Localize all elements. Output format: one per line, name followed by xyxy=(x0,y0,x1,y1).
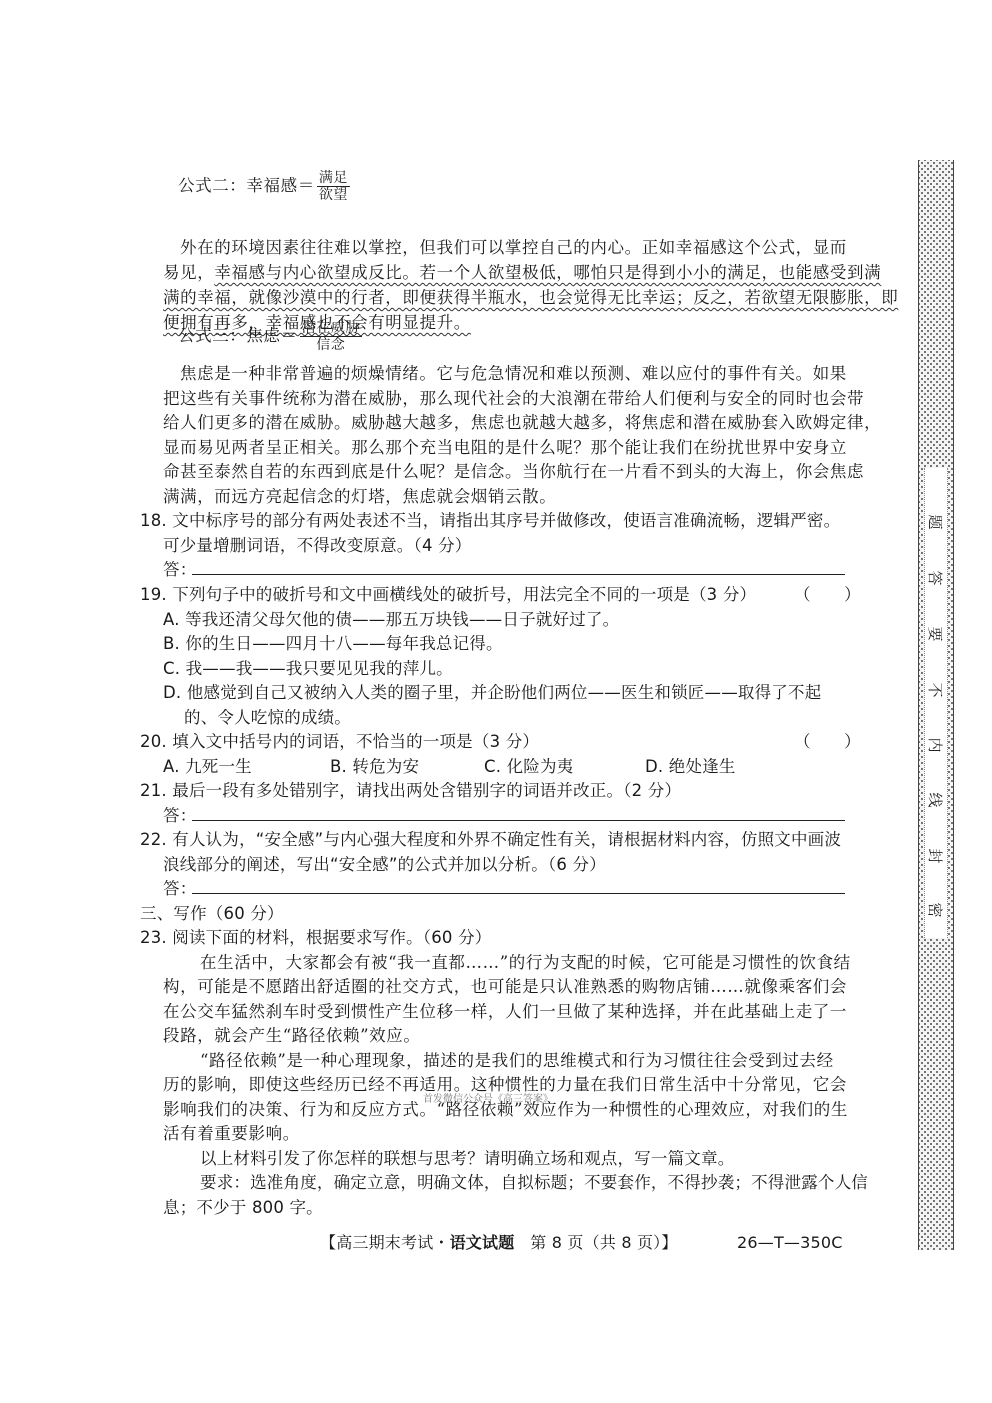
q22-answer-label: 答： xyxy=(163,877,196,901)
q23-stem: 23. 阅读下面的材料，根据要求写作。（60 分） xyxy=(140,926,491,950)
q21-stem: 21. 最后一段有多处错别字，请找出两处含错别字的词语并改正。（2 分） xyxy=(140,779,681,803)
requirement-line-1: 要求：选准角度，确定立意，明确文体，自拟标题；不要套作，不得抄袭；不得泄露个人信 xyxy=(200,1171,868,1195)
para-happiness-line-1: 外在的环境因素往往难以掌控，但我们可以掌控自己的内心。正如幸福感这个公式，显而 xyxy=(180,236,847,260)
seal-char-8: 密 xyxy=(925,900,945,920)
q18-stem-line-1: 18. 文中标序号的部分有两处表述不当，请指出其序号并做修改，使语言准确流畅，逻… xyxy=(140,509,840,533)
q18-answer-label: 答： xyxy=(163,558,196,582)
material-line-7: 影响我们的决策、行为和反应方式。“路径依赖”效应作为一种惯性的心理效应，对我们的… xyxy=(163,1098,848,1122)
para-anxiety-line-2: 把这些有关事件统称为潜在威胁，那么现代社会的大浪潮在带给人们便利与安全的同时也会… xyxy=(163,387,864,411)
q19-option-d: D. 他感觉到自己又被纳入人类的圈子里，并企盼他们两位——医生和锁匠——取得了不… xyxy=(163,681,821,705)
formula-2-label: 公式二：幸福感＝ xyxy=(178,176,315,195)
footer-code: 26—T—350C xyxy=(737,1232,843,1254)
para-anxiety-line-1: 焦虑是一种非常普遍的烦燥情绪。它与危急情况和难以预测、难以应付的事件有关。如果 xyxy=(180,362,847,386)
seal-strip-text-area xyxy=(924,468,948,938)
formula-3-label: 公式三：焦虑＝ xyxy=(178,326,298,345)
material-line-3: 在公交车猛然刹车时受到惯性产生位移一样，人们一旦做了某种选择，并在此基础上走了一 xyxy=(163,1000,847,1024)
q19-option-b: B. 你的生日——四月十八——每年我总记得。 xyxy=(163,632,503,656)
q20-option-a: A. 九死一生 xyxy=(163,755,252,779)
formula-3: 公式三：焦虑＝潜在威胁信念 xyxy=(178,320,362,353)
seal-char-5: 内 xyxy=(925,735,945,755)
q20-option-b: B. 转危为安 xyxy=(330,755,419,779)
seal-char-6: 线 xyxy=(925,790,945,810)
para-anxiety-line-4: 显而易见两者呈正相关。那么那个充当电阻的是什么呢？那个能让我们在纷扰世界中安身立 xyxy=(163,436,847,460)
seal-char-1: 题 xyxy=(925,512,945,532)
material-line-4: 段路，就会产生“路径依赖”效应。 xyxy=(163,1024,420,1048)
q19-answer-bracket[interactable]: （ ） xyxy=(794,583,861,607)
seal-char-2: 答 xyxy=(925,568,945,588)
para-happiness-line-3: 满的幸福，就像沙漠中的行者，即便获得半瓶水，也会觉得无比幸运；反之，若欲望无限膨… xyxy=(163,286,898,310)
q19-option-d-cont: 的、令人吃惊的成绩。 xyxy=(184,706,351,730)
formula-2: 公式二：幸福感＝满足欲望 xyxy=(178,170,350,203)
q20-option-c: C. 化险为夷 xyxy=(484,755,573,779)
footer-subject: 语文试题 xyxy=(450,1233,515,1252)
q20-stem: 20. 填入文中括号内的词语，不恰当的一项是（3 分） xyxy=(140,730,539,754)
q22-answer-line[interactable] xyxy=(192,893,845,894)
material-line-8: 活有着重要影响。 xyxy=(163,1122,300,1146)
q19-option-c: C. 我——我——我只要见见我的萍儿。 xyxy=(163,657,453,681)
q18-stem-line-2: 可少量增删词语，不得改变原意。（4 分） xyxy=(163,534,472,558)
q19-option-a: A. 等我还清父母欠他的债——那五万块钱——日子就好过了。 xyxy=(163,608,619,632)
footer-prefix: 【高三期末考试・ xyxy=(320,1233,450,1252)
q18-answer-line[interactable] xyxy=(192,574,845,575)
formula-3-denominator: 信念 xyxy=(300,337,362,353)
para-anxiety-line-6: 满满，而远方亮起信念的灯塔，焦虑就会烟销云散。 xyxy=(163,485,556,509)
task-line: 以上材料引发了你怎样的联想与思考？请明确立场和观点，写一篇文章。 xyxy=(200,1147,734,1171)
exam-page: 公式二：幸福感＝满足欲望 外在的环境因素往往难以掌控，但我们可以掌控自己的内心。… xyxy=(0,0,992,1403)
material-line-1: 在生活中，大家都会有被“我一直都……”的行为支配的时候，它可能是习惯性的饮食结 xyxy=(200,951,851,975)
page-footer: 【高三期末考试・语文试题 第 8 页（共 8 页）】 xyxy=(320,1232,678,1254)
section-3-heading: 三、写作（60 分） xyxy=(140,902,284,926)
q20-answer-bracket[interactable]: （ ） xyxy=(794,730,861,754)
wavy-underlined-text: 幸福感与内心欲望成反比。若一个人欲望极低，哪怕只是得到小小的满足，也能感受到满 xyxy=(214,263,881,282)
seal-char-7: 封 xyxy=(925,846,945,866)
footer-page-info: 第 8 页（共 8 页）】 xyxy=(530,1233,677,1252)
q20-option-d: D. 绝处逢生 xyxy=(645,755,736,779)
para-anxiety-line-5: 命甚至泰然自若的东西到底是什么呢？是信念。当你航行在一片看不到头的大海上，你会焦… xyxy=(163,460,864,484)
formula-2-denominator: 欲望 xyxy=(317,187,350,203)
q21-answer-line[interactable] xyxy=(192,820,845,821)
para-happiness-line-2-start: 易见， xyxy=(163,263,214,282)
seal-char-4: 不 xyxy=(925,680,945,700)
q22-stem-line-2: 浪线部分的阐述，写出“安全感”的公式并加以分析。（6 分） xyxy=(163,853,606,877)
q21-answer-label: 答： xyxy=(163,804,196,828)
material-line-2: 构，可能是不愿踏出舒适圈的社交方式，也可能是只认准熟悉的购物店铺……就像乘客们会 xyxy=(163,975,847,999)
para-anxiety-line-3: 给人们更多的潜在威胁。威胁越大越多，焦虑也就越大越多，将焦虑和潜在威胁套入欧姆定… xyxy=(163,411,881,435)
para-happiness-line-2: 易见，幸福感与内心欲望成反比。若一个人欲望极低，哪怕只是得到小小的满足，也能感受… xyxy=(163,261,881,285)
formula-3-numerator: 潜在威胁 xyxy=(300,320,362,337)
material-line-5: “路径依赖”是一种心理现象，描述的是我们的思维模式和行为习惯往往会受到过去经 xyxy=(200,1049,834,1073)
requirement-line-2: 息；不少于 800 字。 xyxy=(163,1196,323,1220)
formula-2-fraction: 满足欲望 xyxy=(317,170,350,203)
formula-3-fraction: 潜在威胁信念 xyxy=(300,320,362,353)
seal-char-3: 要 xyxy=(925,624,945,644)
formula-2-numerator: 满足 xyxy=(317,170,350,187)
q22-stem-line-1: 22. 有人认为，“安全感”与内心强大程度和外界不确定性有关，请根据材料内容，仿… xyxy=(140,828,841,852)
q19-stem: 19. 下列句子中的破折号和文中画横线处的破折号，用法完全不同的一项是（3 分） xyxy=(140,583,756,607)
